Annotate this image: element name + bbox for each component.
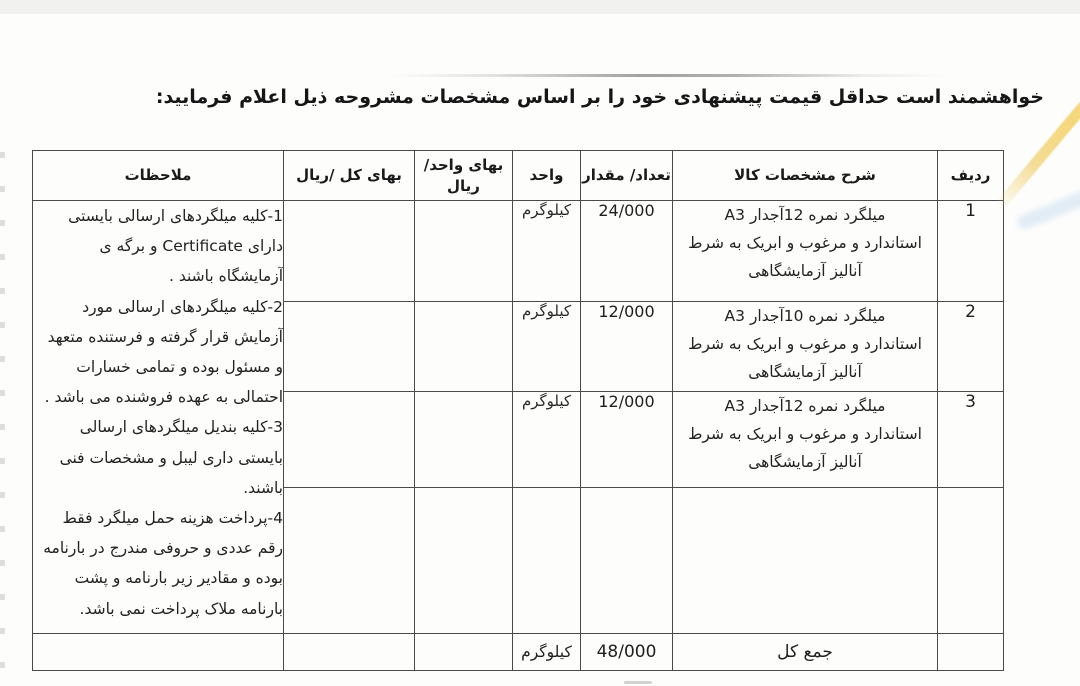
row-number-cell: 2: [938, 302, 1004, 392]
total-price-cell: [284, 302, 415, 392]
scan-smudge-line: [390, 74, 950, 77]
header-unit: واحد: [513, 151, 581, 201]
quantity-cell: 24/000: [581, 201, 673, 302]
remarks-line: بارنامه ملاک پرداخت نمی باشد.: [33, 594, 283, 624]
total-quantity-cell: 48/000: [581, 634, 673, 671]
total-unit-cell: کیلوگرم: [513, 634, 581, 671]
description-line: میلگرد نمره 12آجدار A3: [673, 392, 937, 420]
row-number-cell: [938, 488, 1004, 634]
table-header-row: ردیف شرح مشخصات کالا تعداد/ مقدار واحد ب…: [33, 151, 1004, 201]
remarks-line: آزمایش قرار گرفته و فرستنده متعهد: [33, 322, 283, 352]
remarks-line: 2-کلیه میلگردهای ارسالی مورد: [33, 292, 283, 322]
quantity-cell: [581, 488, 673, 634]
total-label-cell: جمع کل: [673, 634, 938, 671]
description-line: آنالیز آزمایشگاهی: [673, 257, 937, 285]
remarks-line: آزمایشگاه باشند .: [33, 261, 283, 291]
remarks-line: باشند.: [33, 473, 283, 503]
remarks-line: رقم عددی و حروفی مندرج در بارنامه: [33, 533, 283, 563]
unit-cell: کیلوگرم: [513, 392, 581, 488]
unit-price-cell: [415, 634, 513, 671]
remarks-line: 4-پرداخت هزینه حمل میلگرد فقط: [33, 503, 283, 533]
quantity-cell: 12/000: [581, 392, 673, 488]
page-title: خواهشمند است حداقل قیمت پیشنهادی خود را …: [156, 86, 1044, 108]
header-row-no: ردیف: [938, 151, 1004, 201]
remarks-line: و مسئول بوده و تمامی خسارات: [33, 352, 283, 382]
unit-cell: [513, 488, 581, 634]
description-line: استاندارد و مرغوب و ابریک به شرط: [673, 420, 937, 448]
description-line: استاندارد و مرغوب و ابریک به شرط: [673, 330, 937, 358]
remarks-cell: 1-کلیه میلگردهای ارسالی بایستی دارای Cer…: [33, 201, 284, 634]
header-unit-price: بهای واحد/ ریال: [415, 151, 513, 201]
row-number-cell: 1: [938, 201, 1004, 302]
description-line: میلگرد نمره 12آجدار A3: [673, 201, 937, 229]
description-line: آنالیز آزمایشگاهی: [673, 448, 937, 476]
total-price-cell: [284, 488, 415, 634]
header-description: شرح مشخصات کالا: [673, 151, 938, 201]
row-number-cell: 3: [938, 392, 1004, 488]
description-line: میلگرد نمره 10آجدار A3: [673, 302, 937, 330]
description-cell: [673, 488, 938, 634]
table-row: 1 میلگرد نمره 12آجدار A3 استاندارد و مرغ…: [33, 201, 1004, 302]
header-quantity: تعداد/ مقدار: [581, 151, 673, 201]
scan-edge-marks: [0, 152, 5, 668]
remarks-line: بایستی داری لیبل و مشخصات فنی: [33, 443, 283, 473]
description-cell: میلگرد نمره 12آجدار A3 استاندارد و مرغوب…: [673, 392, 938, 488]
yellow-highlight-streak: [994, 55, 1080, 211]
quotation-table: ردیف شرح مشخصات کالا تعداد/ مقدار واحد ب…: [32, 150, 1004, 671]
remarks-line: دارای Certificate و برگه ی: [33, 231, 283, 261]
description-line: استاندارد و مرغوب و ابریک به شرط: [673, 229, 937, 257]
scan-top-band: [0, 0, 1080, 14]
unit-price-cell: [415, 201, 513, 302]
remarks-line: بوده و مقادیر زیر بارنامه و پشت: [33, 563, 283, 593]
scan-bottom-mark: [624, 681, 652, 684]
total-price-cell: [284, 201, 415, 302]
row-number-cell: [938, 634, 1004, 671]
unit-price-cell: [415, 302, 513, 392]
description-cell: میلگرد نمره 10آجدار A3 استاندارد و مرغوب…: [673, 302, 938, 392]
description-line: آنالیز آزمایشگاهی: [673, 358, 937, 386]
total-row: جمع کل 48/000 کیلوگرم: [33, 634, 1004, 671]
header-total-price: بهای کل /ریال: [284, 151, 415, 201]
description-cell: میلگرد نمره 12آجدار A3 استاندارد و مرغوب…: [673, 201, 938, 302]
unit-price-cell: [415, 488, 513, 634]
remarks-line: 3-کلیه بندیل میلگردهای ارسالی: [33, 412, 283, 442]
remarks-cell: [33, 634, 284, 671]
unit-cell: کیلوگرم: [513, 201, 581, 302]
header-remarks: ملاحظات: [33, 151, 284, 201]
unit-cell: کیلوگرم: [513, 302, 581, 392]
unit-price-cell: [415, 392, 513, 488]
quantity-cell: 12/000: [581, 302, 673, 392]
remarks-line: احتمالی به عهده فروشنده می باشد .: [33, 382, 283, 412]
total-price-cell: [284, 392, 415, 488]
remarks-line: 1-کلیه میلگردهای ارسالی بایستی: [33, 201, 283, 231]
total-price-cell: [284, 634, 415, 671]
